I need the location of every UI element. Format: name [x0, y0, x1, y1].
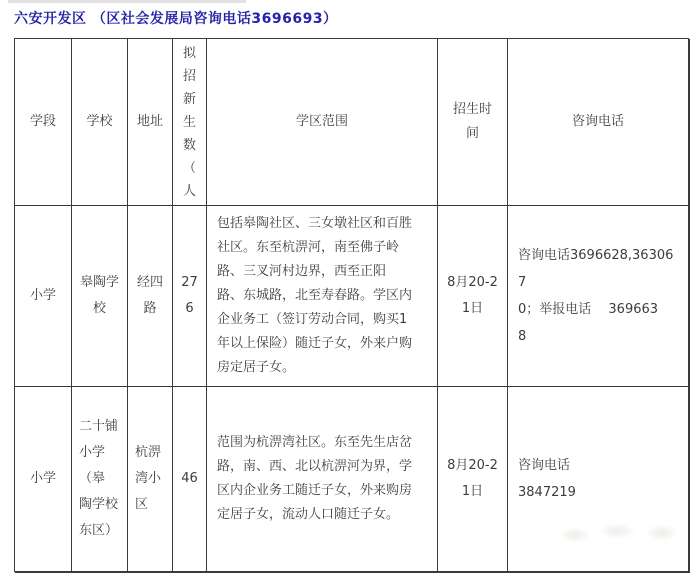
- col-header-school: 学校: [72, 39, 128, 206]
- page-title: 六安开发区 （区社会发展局咨询电话3696693）: [14, 8, 338, 28]
- cell-planned-count: 46: [173, 387, 207, 572]
- cell-stage: 小学: [15, 387, 72, 572]
- col-header-address: 地址: [128, 39, 173, 206]
- cell-planned-count: 27 6: [173, 206, 207, 387]
- cell-enroll-time: 8月20-2 1日: [438, 206, 508, 387]
- cell-address: 经四 路: [128, 206, 173, 387]
- col-header-planned-count: 拟 招 新 生 数 （ 人: [173, 39, 207, 206]
- col-header-district: 学区范围: [207, 39, 438, 206]
- table-row: 小学 皋陶学 校 经四 路 27 6 包括皋陶社区、三女墩社区和百胜 社区。东至…: [15, 206, 689, 387]
- cell-phone: 咨询电话3696628,363067 0；举报电话 369663 8: [508, 206, 689, 387]
- page: 六安开发区 （区社会发展局咨询电话3696693） 学段 学校 地址 拟 招 新…: [0, 0, 700, 578]
- header-row: 学段 学校 地址 拟 招 新 生 数 （ 人 学区范围 招生时 间 咨询电话: [15, 39, 689, 206]
- cell-address: 杭淠 湾小 区: [128, 387, 173, 572]
- cell-district: 范围为杭淠湾社区。东至先生店岔 路，南、西、北以杭淠河为界，学 区内企业务工随迁…: [207, 387, 438, 572]
- cell-district: 包括皋陶社区、三女墩社区和百胜 社区。东至杭淠河，南至佛子岭 路、三叉河村边界，…: [207, 206, 438, 387]
- col-header-stage: 学段: [15, 39, 72, 206]
- cell-stage: 小学: [15, 206, 72, 387]
- cell-school: 二十铺 小学 （皋 陶学校 东区）: [72, 387, 128, 572]
- col-header-enroll-time: 招生时 间: [438, 39, 508, 206]
- cell-enroll-time: 8月20-2 1日: [438, 387, 508, 572]
- enrollment-table: 学段 学校 地址 拟 招 新 生 数 （ 人 学区范围 招生时 间 咨询电话 小…: [14, 38, 689, 572]
- cell-school: 皋陶学 校: [72, 206, 128, 387]
- col-header-phone: 咨询电话: [508, 39, 689, 206]
- cell-phone: 咨询电话 3847219: [508, 387, 689, 572]
- top-strip: [8, 0, 246, 3]
- table-row: 小学 二十铺 小学 （皋 陶学校 东区） 杭淠 湾小 区 46 范围为杭淠湾社区…: [15, 387, 689, 572]
